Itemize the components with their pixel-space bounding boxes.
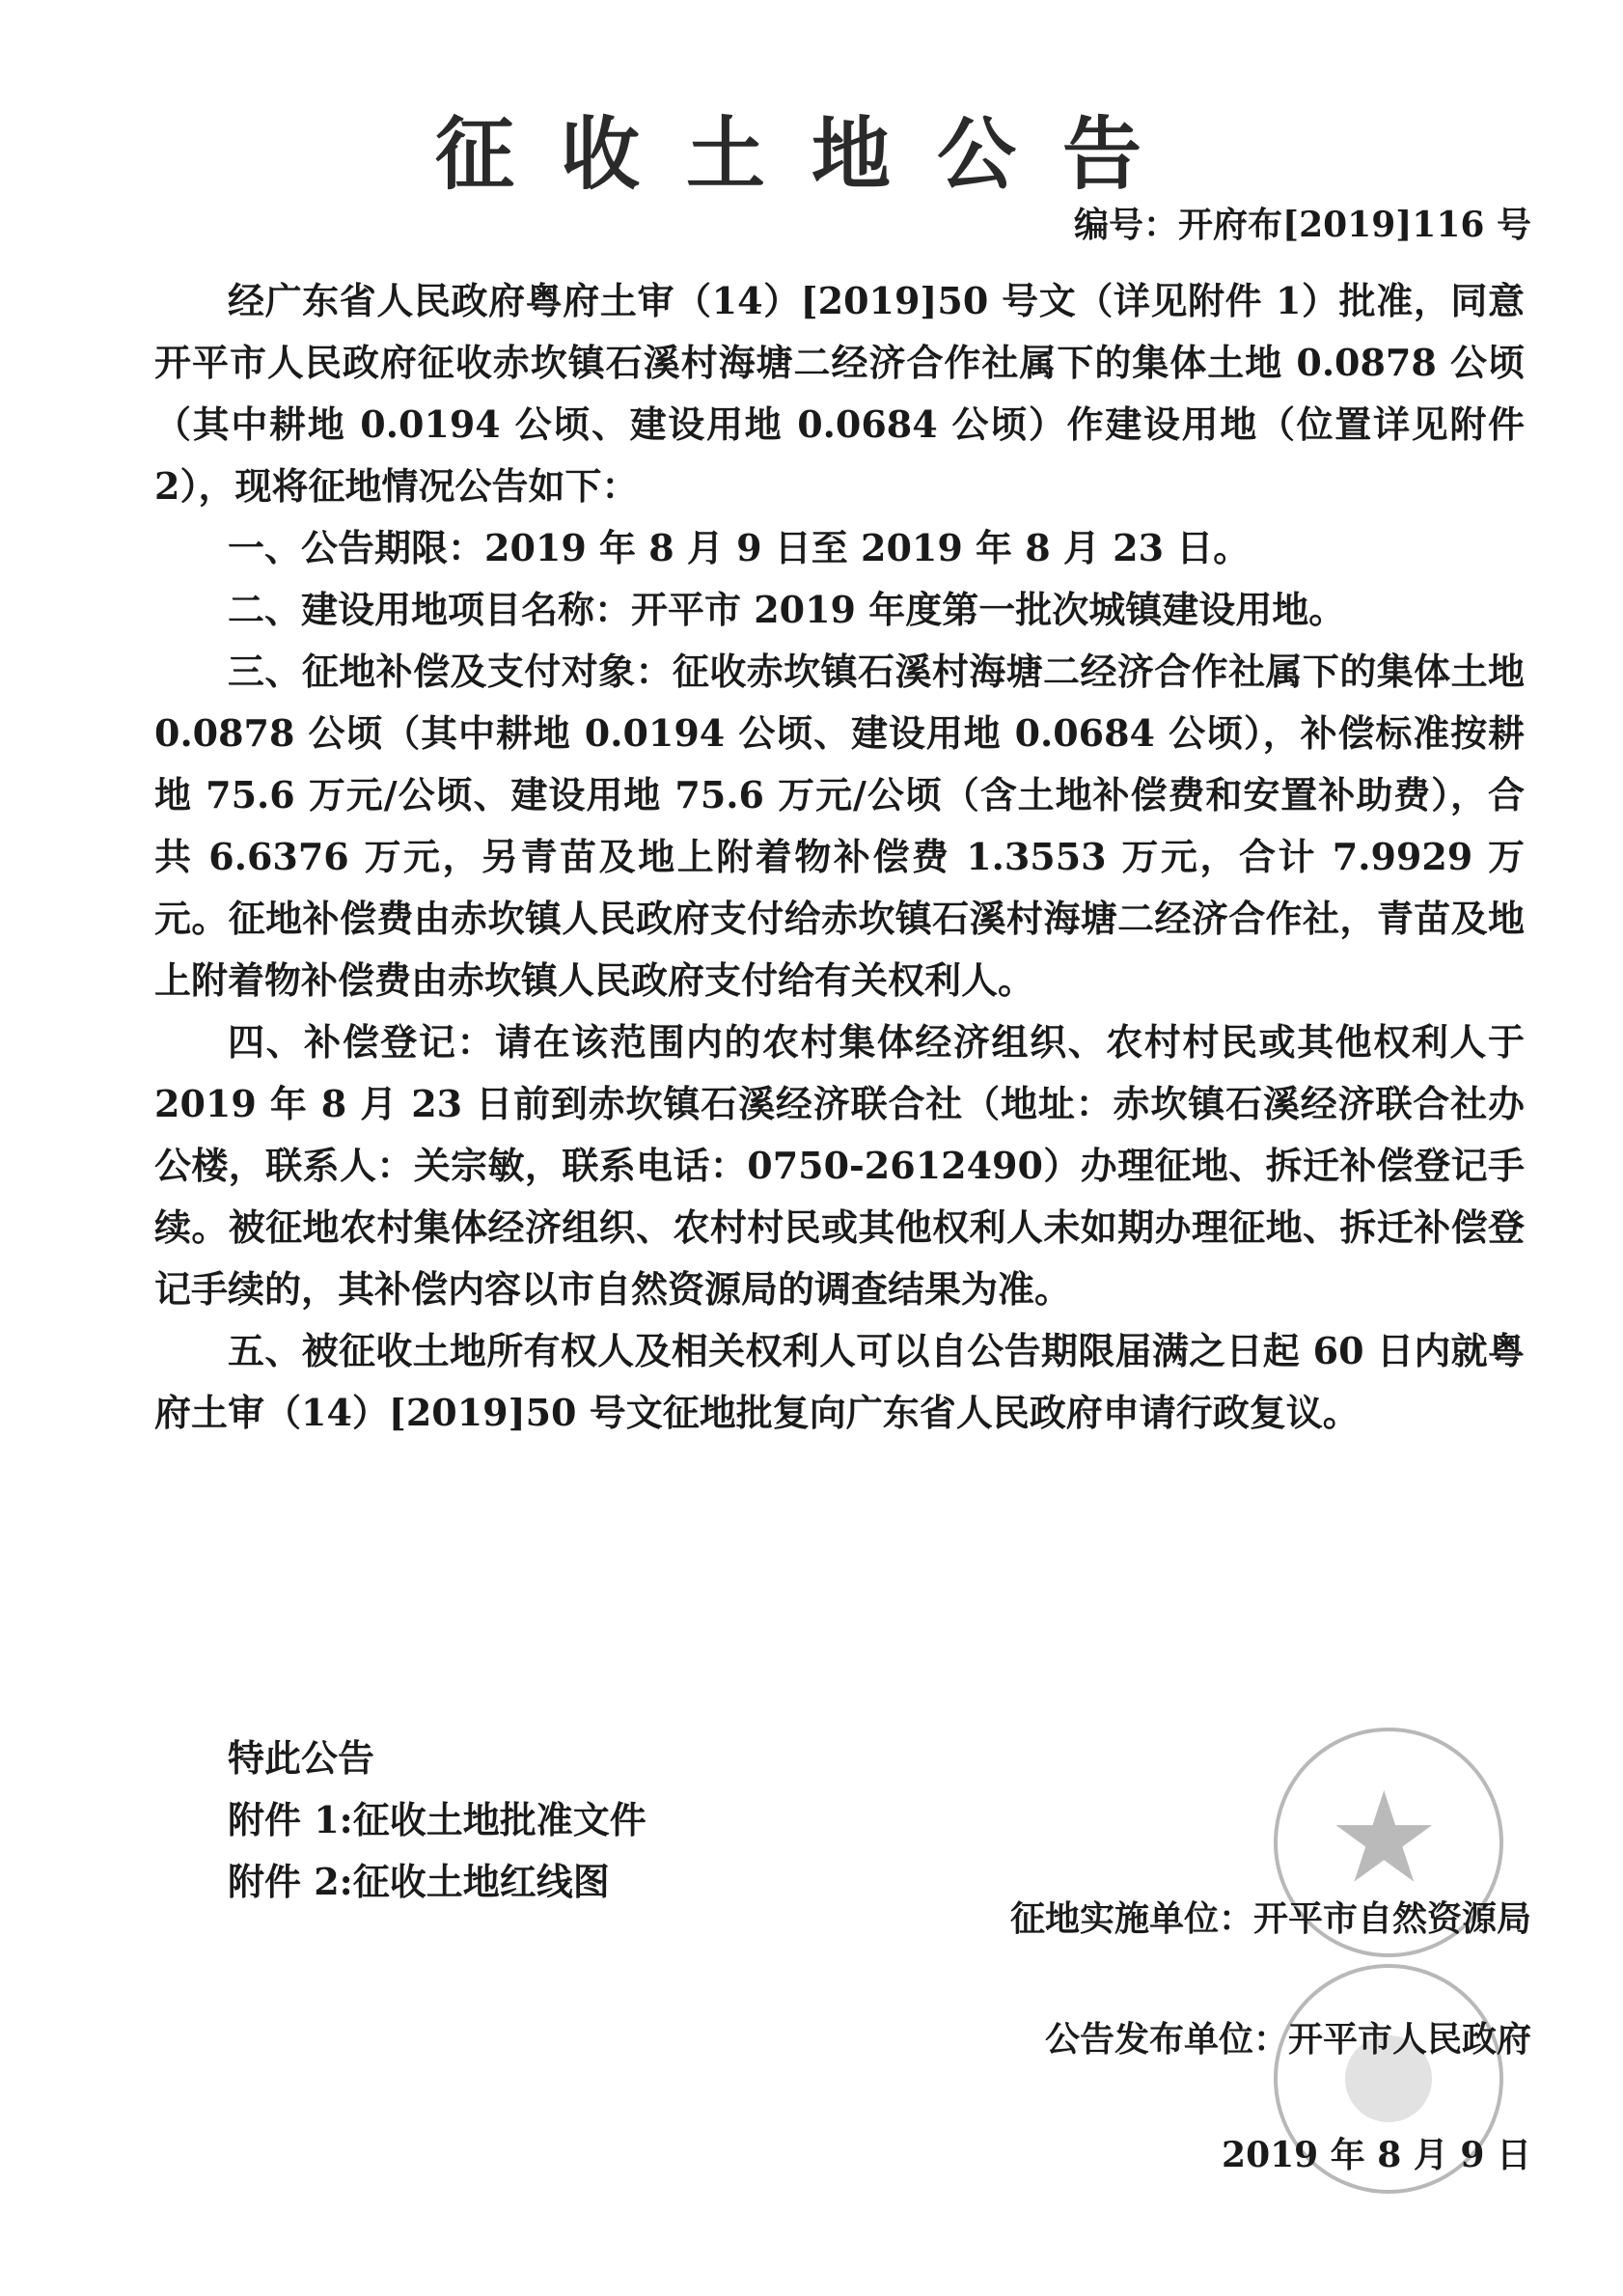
section-2: 二、建设用地项目名称：开平市 2019 年度第一批次城镇建设用地。 xyxy=(154,579,1525,641)
closing-statement: 特此公告 xyxy=(228,1728,646,1789)
star-icon: ★ xyxy=(1328,1775,1441,1900)
publishing-unit: 公告发布单位：开平市人民政府 xyxy=(1045,2012,1531,2061)
closing-block: 特此公告 附件 1:征收土地批准文件 附件 2:征收土地红线图 xyxy=(228,1728,646,1913)
publish-date: 2019 年 8 月 9 日 xyxy=(1222,2128,1531,2177)
section-4: 四、补偿登记：请在该范围内的农村集体经济组织、农村村民或其他权利人于 2019 … xyxy=(154,1011,1525,1320)
section-5: 五、被征收土地所有权人及相关权利人可以自公告期限届满之日起 60 日内就粤府土审… xyxy=(154,1320,1525,1444)
intro-paragraph: 经广东省人民政府粤府土审（14）[2019]50 号文（详见附件 1）批准，同意… xyxy=(154,270,1525,517)
implementing-unit: 征地实施单位：开平市自然资源局 xyxy=(1010,1892,1531,1941)
document-number: 编号：开府布[2019]116 号 xyxy=(1074,198,1531,247)
document-body: 经广东省人民政府粤府土审（14）[2019]50 号文（详见附件 1）批准，同意… xyxy=(154,270,1525,1444)
section-1: 一、公告期限：2019 年 8 月 9 日至 2019 年 8 月 23 日。 xyxy=(154,517,1525,579)
section-3: 三、征地补偿及支付对象：征收赤坎镇石溪村海塘二经济合作社属下的集体土地 0.08… xyxy=(154,641,1525,1011)
attachment-2: 附件 2:征收土地红线图 xyxy=(228,1851,646,1913)
attachment-1: 附件 1:征收土地批准文件 xyxy=(228,1789,646,1851)
document-title: 征收土地公告 xyxy=(0,92,1623,205)
